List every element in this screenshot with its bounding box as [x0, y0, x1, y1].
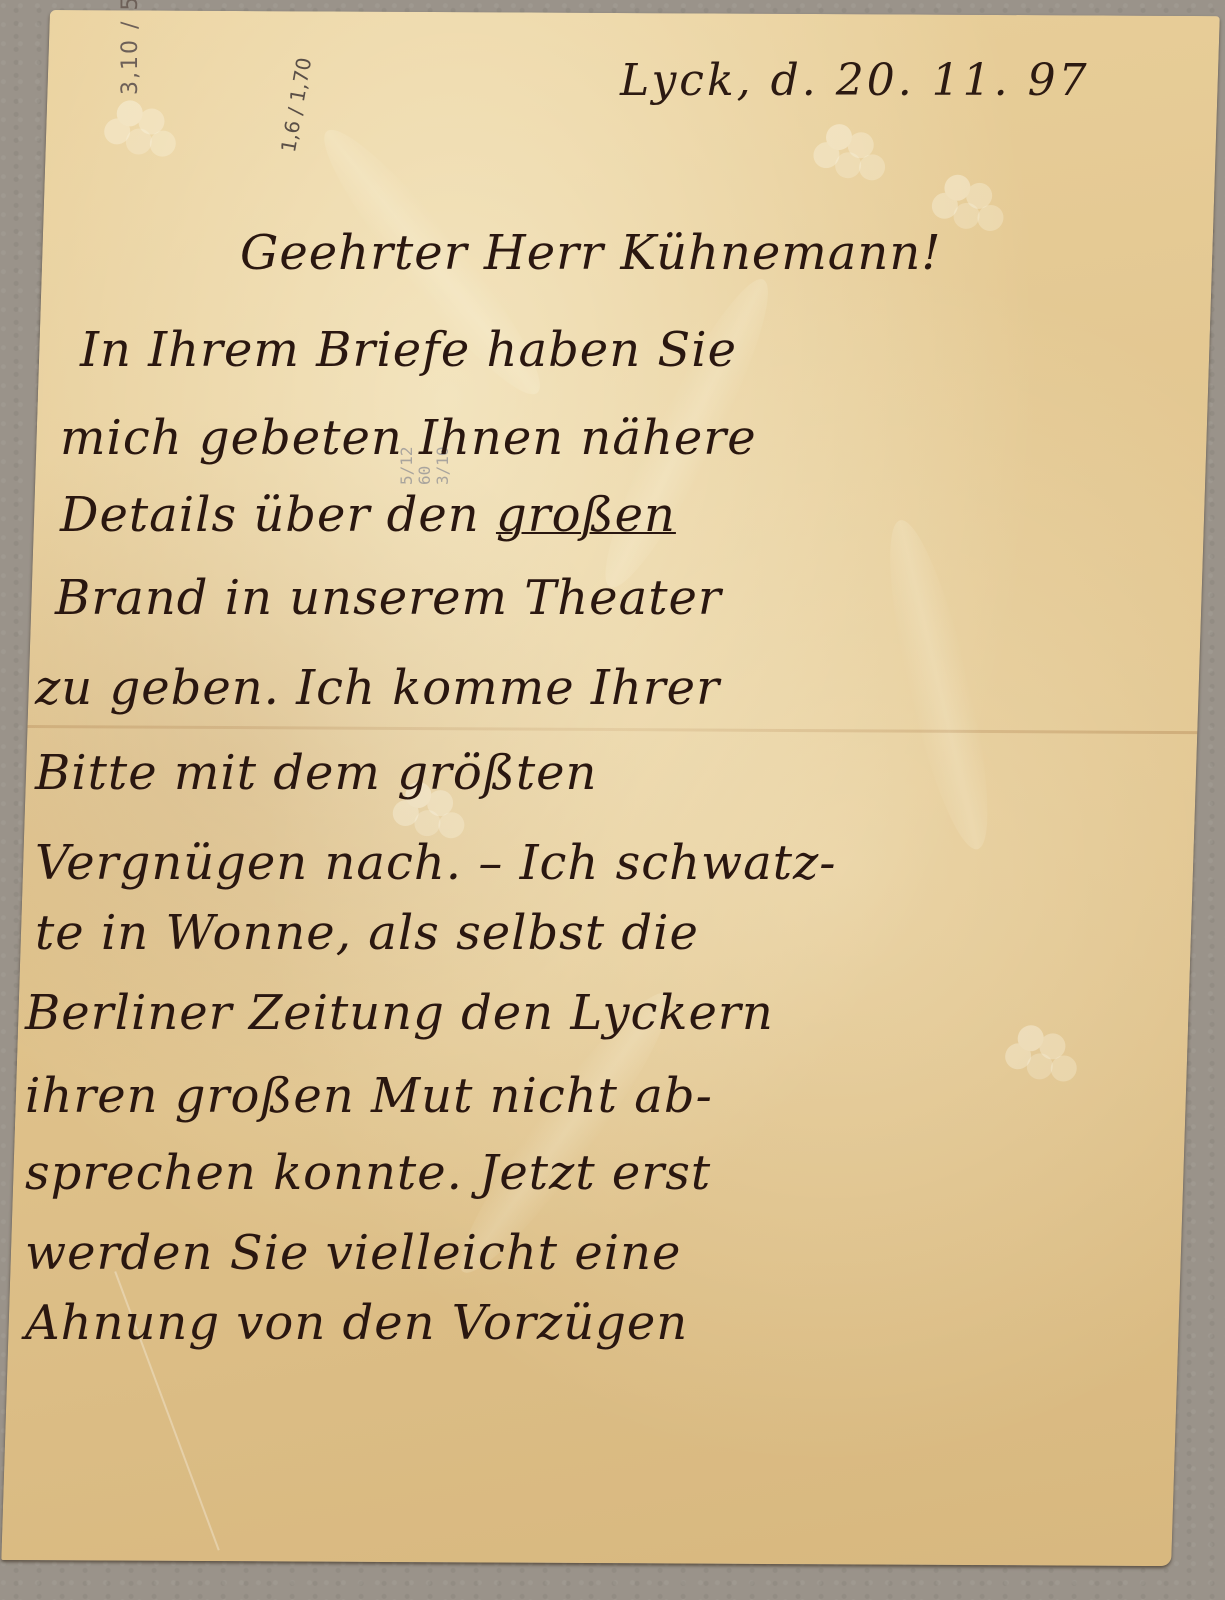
letter-line: Vergnügen nach. – Ich schwatz-	[35, 835, 837, 891]
letter-line: ihren großen Mut nicht ab-	[25, 1068, 713, 1124]
letter-line: Bitte mit dem größten	[35, 745, 597, 801]
salutation: Geehrter Herr Kühnemann!	[240, 225, 942, 281]
fold-crease	[27, 725, 1197, 734]
embossed-flower	[826, 124, 853, 150]
date-line: Lyck, d. 20. 11. 97	[620, 55, 1090, 106]
letter-line: te in Wonne, als selbst die	[35, 905, 699, 961]
embossed-flower	[1017, 1025, 1044, 1051]
letter-line: Brand in unserem Theater	[55, 570, 722, 626]
letter-text: Details über den	[60, 487, 496, 543]
letter-line: werden Sie vielleicht eine	[25, 1225, 681, 1281]
letter-line: Details über den großen	[60, 487, 676, 543]
letter-line: mich gebeten Ihnen nähere	[60, 410, 757, 466]
underlined-word: großen	[496, 487, 676, 543]
embossed-leaf	[871, 513, 1007, 857]
pencil-note-left: 3,10 / 5	[118, 0, 143, 95]
embossed-flower	[116, 100, 143, 126]
letter-line: Berliner Zeitung den Lyckern	[25, 985, 774, 1041]
letter-line: In Ihrem Briefe haben Sie	[80, 322, 737, 378]
letter-line: sprechen konnte. Jetzt erst	[25, 1145, 711, 1201]
letter-line: Ahnung von den Vorzügen	[25, 1295, 688, 1351]
letter-line: zu geben. Ich komme Ihrer	[35, 660, 720, 716]
embossed-flower	[944, 175, 971, 201]
